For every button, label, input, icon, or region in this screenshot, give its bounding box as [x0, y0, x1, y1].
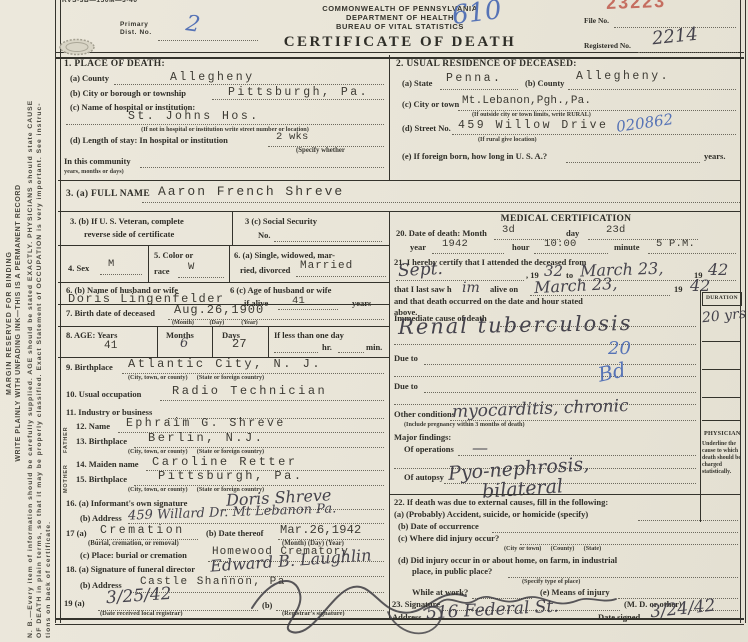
- veteran-label-1: 3. (b) If U. S. Veteran, complete: [70, 216, 184, 226]
- father-name-value: Ephraim G. Shreve: [126, 417, 286, 430]
- injury-place-note: (Specify type of place): [522, 578, 580, 585]
- city-value: Pittsburgh, Pa.: [228, 86, 369, 99]
- margin-note-5: tions on back of certificate.: [45, 6, 52, 638]
- spouse-age-line: [278, 307, 338, 310]
- res-city-value: Mt.Lebanon,Pgh.,Pa.: [462, 95, 591, 107]
- funeral-director-label: 18. (a) Signature of funeral director: [66, 564, 195, 574]
- death-hour-value: 10:00: [544, 238, 577, 250]
- informant-address-label: (b) Address: [80, 513, 122, 523]
- hospital-value: St. Johns Hos.: [128, 110, 260, 123]
- sex-value: M: [108, 258, 115, 270]
- duration-header: DURATION: [703, 295, 741, 301]
- age-hr-label: hr.: [322, 342, 332, 352]
- operations-label: Of operations: [404, 444, 454, 454]
- due-to-2-line: [424, 390, 696, 393]
- agency-line-1: COMMONWEALTH OF PENNSYLVANIA: [250, 4, 550, 13]
- mother-birthplace-label: 15. Birthplace: [76, 474, 127, 484]
- autopsy-label: Of autopsy: [404, 472, 444, 482]
- birth-date-value: Aug.26,1900: [174, 303, 264, 317]
- district-number-label: Dist. No.: [120, 29, 152, 36]
- age-less-label: If less than one day: [274, 330, 344, 340]
- operations-value: —: [472, 438, 488, 457]
- death-minute-value: 5 P.M.: [656, 238, 695, 250]
- community-label: In this community: [64, 156, 131, 166]
- death-hour-label: hour: [512, 242, 529, 252]
- accident-line: [638, 518, 738, 521]
- embossed-seal: [58, 38, 98, 56]
- mother-name-label: 14. Maiden name: [76, 459, 139, 469]
- spouse-age-suffix: years: [352, 298, 371, 308]
- occupation-value: Radio Technician: [172, 384, 327, 398]
- to-year-value: 42: [708, 260, 728, 279]
- birthplace-label: 9. Birthplace: [66, 362, 113, 372]
- foreign-born-label: (e) If foreign born, how long in U. S. A…: [402, 151, 547, 161]
- mother-name-value: Caroline Retter: [152, 455, 298, 469]
- death-day-value: 23d: [606, 224, 626, 236]
- injury-where-note: (City or town) (County) (State): [504, 545, 601, 552]
- saw-year-prefix: 19: [674, 284, 683, 294]
- death-year-line: [432, 251, 504, 254]
- disposal-place-label: (c) Place: burial or cremation: [80, 550, 187, 560]
- registered-number-value: 2214: [651, 24, 699, 50]
- full-name-label: 3. (a) FULL NAME: [66, 189, 150, 199]
- divider-row8: [58, 326, 389, 327]
- birthplace-value: Atlantic City, N. J.: [128, 357, 322, 371]
- occurrence-date-label: (b) Date of occurrence: [398, 521, 479, 531]
- age-years-label: 8. AGE: Years: [66, 330, 117, 340]
- hospital-note: (If not in hospital or institution write…: [66, 126, 384, 133]
- divider-row6b: [58, 282, 389, 283]
- stay-label: (d) Length of stay: In hospital or insti…: [70, 135, 228, 145]
- district-number-value: 2: [184, 11, 201, 38]
- duration-line-1: [702, 341, 740, 342]
- state-line: [440, 87, 518, 90]
- due-to-1-line-b: [394, 374, 696, 377]
- divider-section-22: [389, 494, 740, 495]
- street-line: [452, 132, 736, 135]
- foreign-born-suffix: years.: [704, 151, 725, 161]
- place-of-death-title: 1. PLACE OF DEATH:: [64, 59, 165, 69]
- ssn-label-1: 3 (c) Social Security: [245, 216, 317, 226]
- race-line: [178, 275, 224, 278]
- immediate-cause-line-2: [394, 342, 696, 345]
- district-number-line: [158, 38, 258, 41]
- certificate-title: CERTIFICATE OF DEATH: [250, 34, 550, 51]
- birth-date-label: 7. Birth date of deceased: [66, 308, 155, 318]
- registrar-date-note: (Date received local registrar): [100, 610, 183, 617]
- father-birthplace-note: (City, town, or county) (State or foreig…: [128, 448, 264, 455]
- disposal-date-label: (b) Date thereof: [206, 528, 263, 538]
- duration-header-box: DURATION: [702, 292, 742, 306]
- last-saw-him: im: [462, 280, 480, 296]
- marital-label-2: ried, divorced: [240, 265, 290, 275]
- divider-row4: [58, 245, 389, 246]
- death-day-label: day: [566, 228, 579, 238]
- res-city-label: (c) City or town: [402, 99, 459, 109]
- margin-note-1: MARGIN RESERVED FOR BINDING: [6, 10, 13, 636]
- cell-divider-3b: [232, 212, 233, 245]
- cell-divider-4: [148, 246, 149, 282]
- marital-value: Married: [300, 260, 353, 272]
- death-date-label: 20. Date of death: Month: [396, 228, 487, 238]
- age-min-line: [338, 350, 364, 353]
- injury-place-label-1: (d) Did injury occur in or about home, o…: [398, 555, 617, 565]
- mother-label: MOTHER: [63, 464, 69, 493]
- divider-below-name: [58, 211, 740, 212]
- disposal-value: Cremation: [100, 524, 185, 537]
- mother-birthplace-value: Pittsburgh, Pa.: [158, 469, 304, 483]
- registered-number-line: [638, 50, 738, 53]
- res-county-value: Allegheny.: [576, 70, 670, 83]
- due-to-2-label: Due to: [394, 381, 418, 391]
- major-findings-label: Major findings:: [394, 432, 451, 442]
- sex-label: 4. Sex: [68, 263, 89, 273]
- disposal-number: 17 (a): [66, 528, 87, 538]
- alive-on-label: alive on: [490, 284, 518, 294]
- immediate-cause-value: Renal tuberculosis: [398, 311, 633, 339]
- last-saw-line: that I last saw h: [394, 284, 452, 294]
- father-name-label: 12. Name: [76, 421, 110, 431]
- age-days-value: 27: [232, 337, 247, 351]
- street-label: (d) Street No.: [402, 123, 451, 133]
- date-signed-label: Date signed: [598, 612, 640, 622]
- certify-line-3: and that death occurred on the date and …: [394, 296, 583, 306]
- medical-certification-title: MEDICAL CERTIFICATION: [392, 214, 740, 224]
- duration-line-2: [702, 369, 740, 370]
- margin-note-4: OF DEATH in plain terms, so that it may …: [36, 6, 43, 638]
- marital-line: [296, 274, 386, 277]
- top-rule: [55, 52, 744, 59]
- cell-divider-5: [229, 246, 230, 282]
- margin-note-3: N. B.—Every item of information should b…: [27, 6, 34, 638]
- city-label: (b) City or borough or township: [70, 88, 186, 98]
- death-minute-line: [648, 251, 736, 254]
- stay-value: 2 wks: [276, 131, 309, 143]
- death-year-value: 1942: [442, 238, 468, 250]
- duration-column-divider: [700, 290, 701, 522]
- age-months-value: 6: [180, 336, 188, 351]
- due-to-1-line: [424, 362, 696, 365]
- stay-note: (Specify whether: [296, 147, 345, 154]
- father-birthplace-label: 13. Birthplace: [76, 436, 127, 446]
- agency-line-2: DEPARTMENT OF HEALTH: [250, 13, 550, 22]
- injury-place-label-2: place, in public place?: [412, 566, 492, 576]
- agency-line-3: BUREAU OF VITAL STATISTICS: [250, 22, 550, 31]
- accident-label: (a) (Probably) Accident, suicide, or hom…: [394, 509, 588, 519]
- age-min-label: min.: [366, 342, 382, 352]
- birthplace-note: (City, town, or county) (State or foreig…: [128, 374, 264, 381]
- due-to-1-label: Due to: [394, 353, 418, 363]
- industry-label: 11. Industry or business: [66, 407, 152, 417]
- ssn-line: [274, 239, 382, 242]
- birth-date-note: (Month) (Day) (Year): [172, 319, 258, 326]
- column-divider-top: [389, 55, 390, 180]
- race-label-1: 5. Color or: [154, 250, 193, 260]
- due-to-2-code: Bd: [596, 357, 628, 386]
- injury-where-label: (c) Where did injury occur?: [398, 533, 499, 543]
- county-label: (a) County: [70, 73, 109, 83]
- death-month-value: 3d: [502, 224, 515, 236]
- physician-label: PHYSICIAN: [704, 430, 741, 437]
- external-causes-title: 22. If death was due to external causes,…: [394, 497, 608, 507]
- registrar-date-value: 3/25/42: [105, 584, 172, 609]
- duration-line-3: [702, 397, 740, 398]
- res-city-note: (If outside city or town limits, write R…: [472, 111, 591, 118]
- age-divider-2: [212, 327, 213, 357]
- spouse-age-value: 41: [292, 295, 305, 307]
- race-label-2: race: [154, 266, 170, 276]
- residence-title: 2. USUAL RESIDENCE OF DECEASED:: [396, 59, 577, 69]
- age-divider-3: [268, 327, 269, 357]
- other-conditions-note: (Include pregnancy within 3 months of de…: [404, 421, 525, 428]
- street-value: 459 Willow Drive: [458, 119, 608, 132]
- community-line: [140, 165, 384, 168]
- physician-note: Underline the cause to which death shoul…: [702, 441, 742, 476]
- duration-line-4: [702, 420, 740, 421]
- occupation-line: [160, 398, 384, 401]
- sex-line: [100, 272, 142, 275]
- other-conditions-label: Other conditions: [394, 409, 455, 419]
- occupation-label: 10. Usual occupation: [66, 389, 141, 399]
- column-divider: [389, 211, 390, 618]
- community-note: years, months or days): [64, 168, 124, 175]
- death-certificate-scan: MARGIN RESERVED FOR BINDING WRITE PLAINL…: [0, 0, 748, 642]
- file-number-label: File No.: [584, 16, 609, 25]
- occurrence-date-line: [492, 530, 738, 533]
- physician-address-label: Address: [392, 612, 422, 622]
- street-note: (If rural give location): [478, 136, 537, 143]
- father-birthplace-value: Berlin, N.J.: [148, 431, 264, 445]
- due-to-1-code: 20: [608, 338, 631, 359]
- attended-from-line: [396, 278, 524, 281]
- foreign-born-line: [566, 160, 700, 163]
- res-county-line: [568, 87, 736, 90]
- stamped-file-number: 23223: [606, 0, 667, 14]
- death-hour-line: [534, 251, 608, 254]
- death-minute-label: minute: [614, 242, 640, 252]
- disposal-note: (Burial, cremation, or removal): [88, 540, 179, 547]
- veteran-label-2: reverse side of certificate: [84, 229, 174, 239]
- full-name-value: Aaron French Shreve: [158, 184, 344, 199]
- age-hr-line: [274, 350, 318, 353]
- ssn-label-2: No.: [258, 230, 271, 240]
- primary-label: Primary: [120, 21, 148, 28]
- margin-note-2: WRITE PLAINLY WITH UNFADING INK—THIS IS …: [15, 10, 22, 636]
- age-years-value: 41: [104, 340, 118, 352]
- registered-number-label: Registered No.: [584, 41, 631, 50]
- father-label: FATHER: [63, 427, 69, 453]
- disposal-date-value: Mar.26,1942: [280, 523, 361, 537]
- age-divider-1: [157, 327, 158, 357]
- registrar-row-number: 19 (a): [64, 598, 85, 608]
- divider-above-name: [58, 180, 740, 181]
- state-label: (a) State: [402, 78, 432, 88]
- left-border: [55, 0, 61, 623]
- form-number: RVS-3B—150M—3-40: [62, 0, 138, 4]
- full-name-line: [142, 200, 740, 203]
- res-county-label: (b) County: [525, 78, 564, 88]
- spouse-age-label: 6 (c) Age of husband or wife: [230, 285, 331, 295]
- marital-label-1: 6. (a) Single, widowed, mar-: [234, 250, 335, 260]
- state-value: Penna.: [446, 72, 502, 85]
- race-value: W: [188, 261, 195, 273]
- county-value: Allegheny: [170, 71, 255, 84]
- death-year-label: year: [410, 242, 426, 252]
